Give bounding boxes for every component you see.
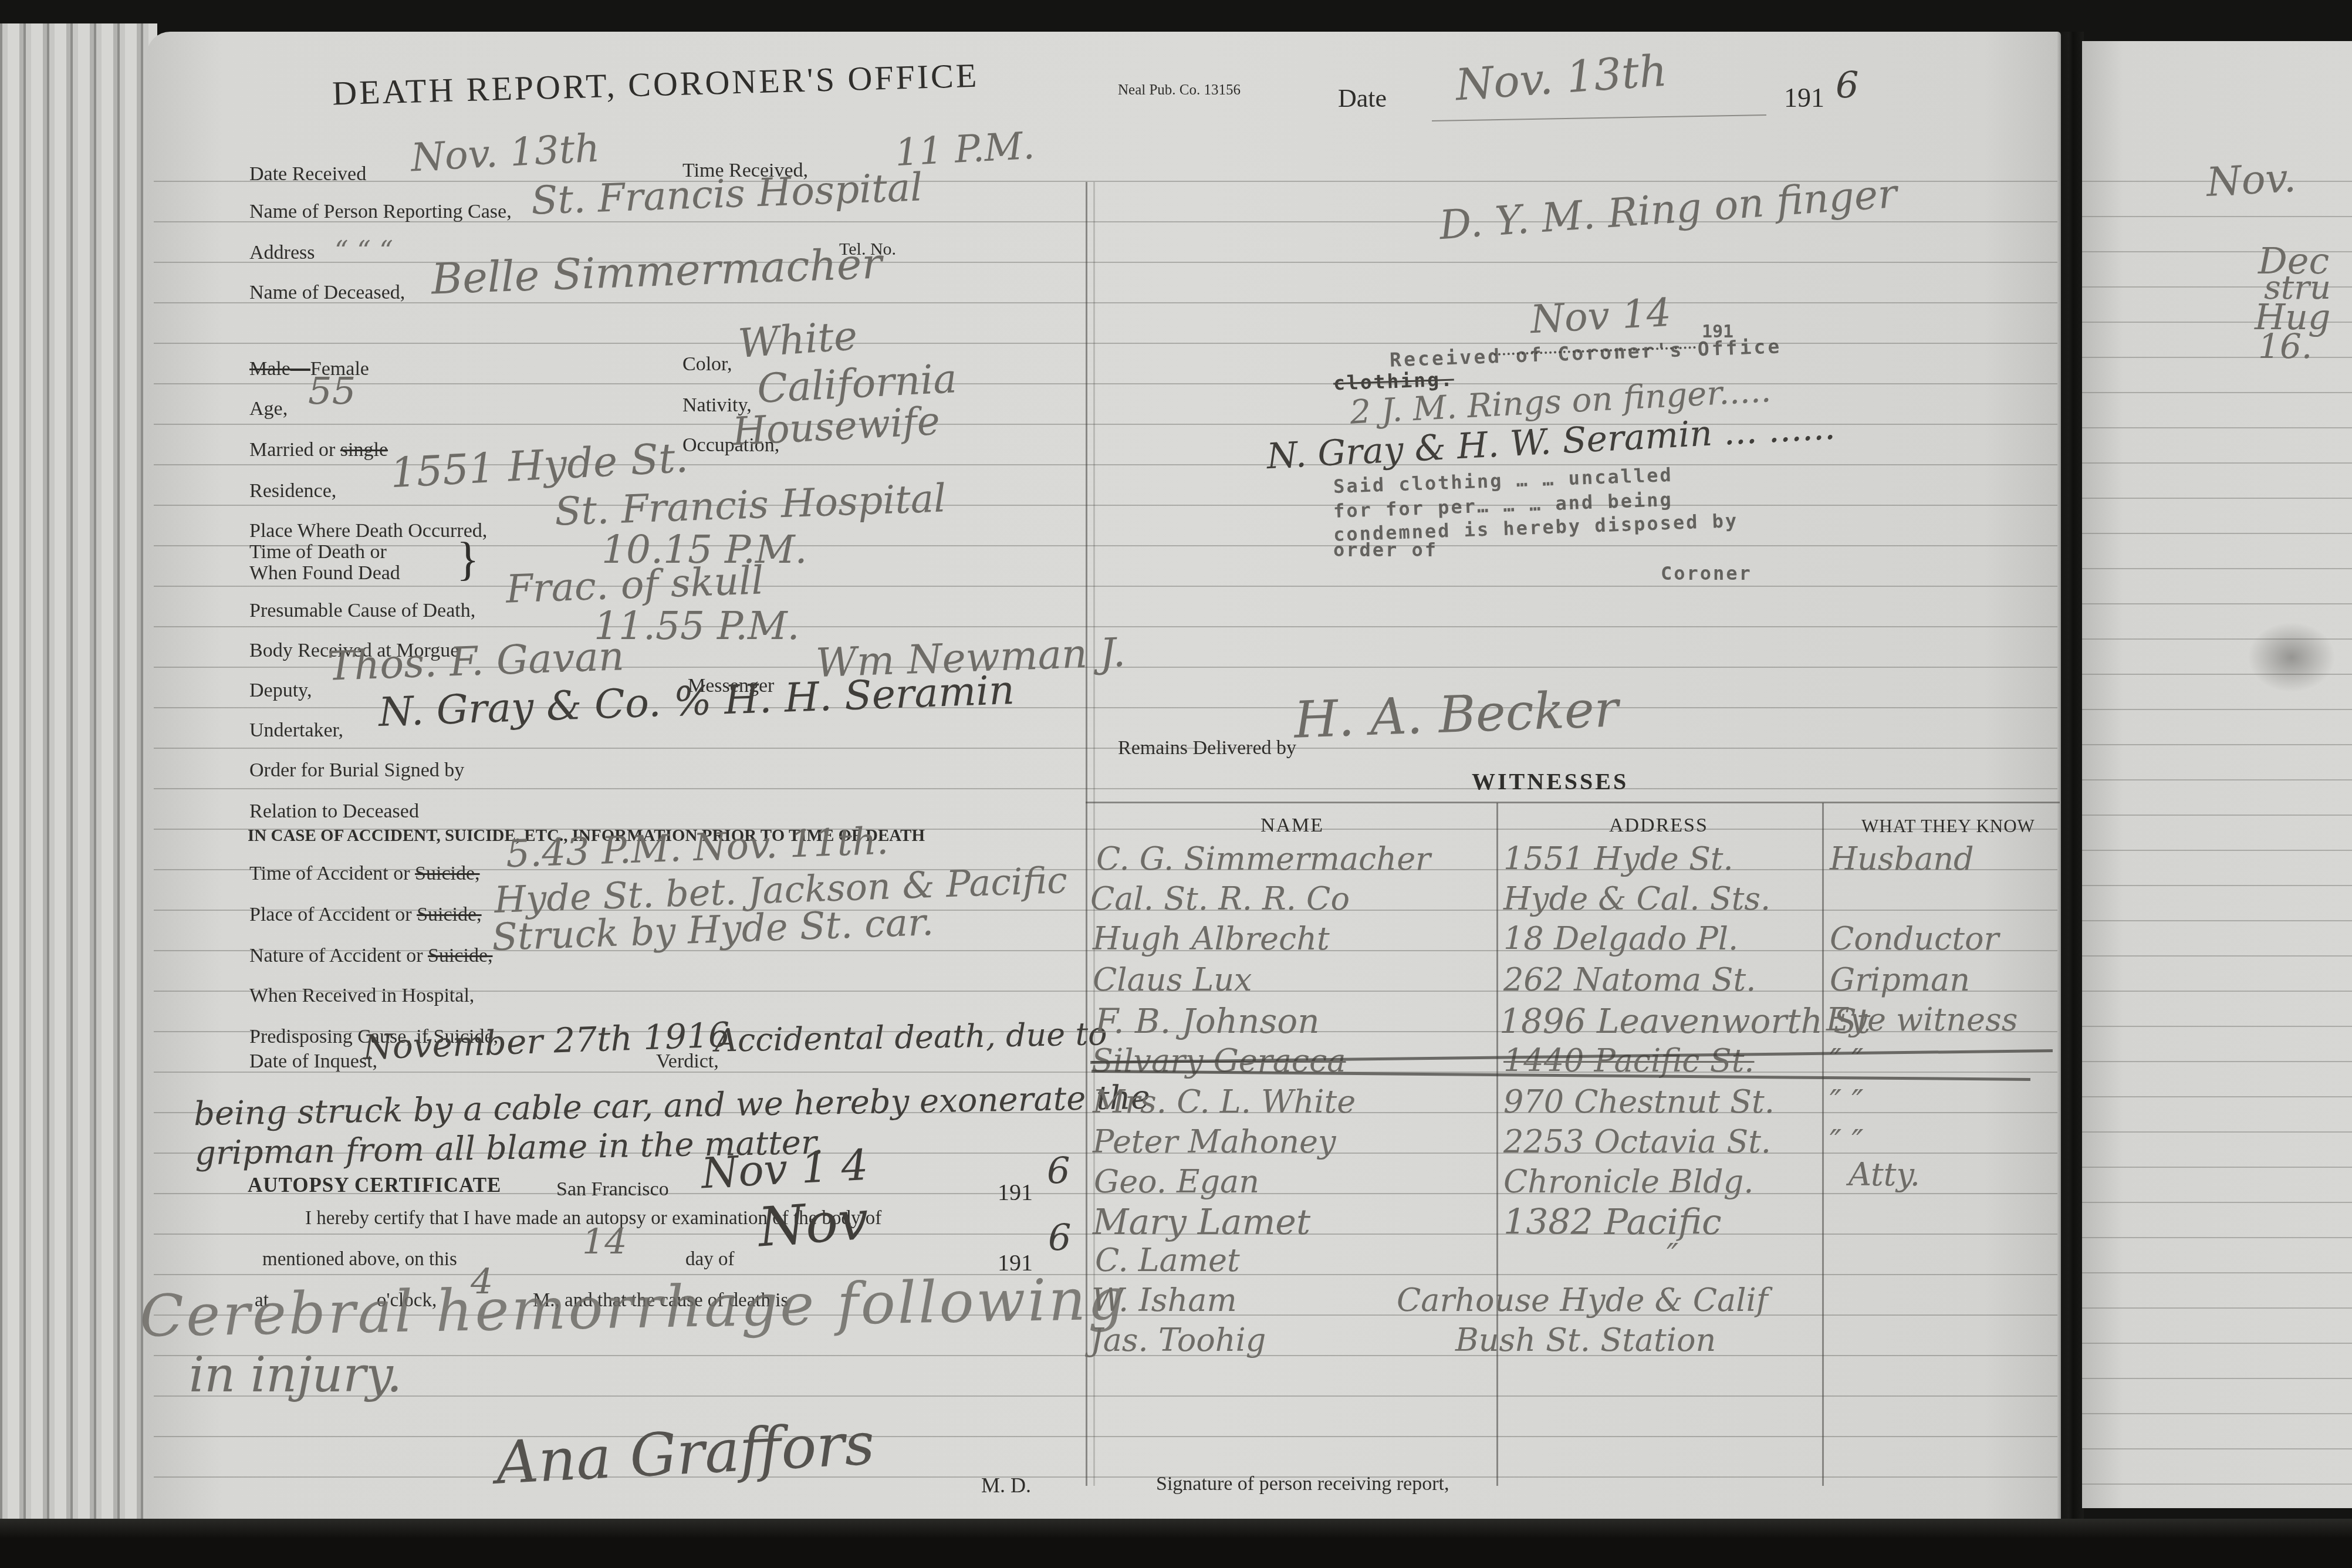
witness-col-address: ADDRESS	[1609, 815, 1708, 837]
accident-nature-label-a: Nature of Accident or	[249, 945, 423, 967]
ink-smudge	[2248, 622, 2336, 692]
witness-name: C. Lamet	[1095, 1242, 1240, 1279]
stamp-date-written: Nov 14	[1529, 290, 1672, 342]
witness-col-divider-1	[1496, 803, 1498, 1486]
witness-know: ″ ″	[1830, 1123, 1864, 1160]
witness-address: ″	[1667, 1237, 1678, 1274]
field-age-label: Age,	[249, 398, 288, 420]
remains-delivered-value: H. A. Becker	[1293, 680, 1619, 749]
witness-address: Chronicle Bldg.	[1503, 1163, 1753, 1200]
time-death-brace: }	[457, 533, 479, 586]
witness-name: Mrs. C. L. White	[1093, 1083, 1356, 1120]
photo-bottom-shadow	[0, 1519, 2352, 1568]
field-reporting-label: Name of Person Reporting Case,	[249, 201, 512, 223]
witness-name: Jas. Toohig	[1090, 1322, 1266, 1359]
accident-nature-label-b-struck: Suicide,	[428, 945, 492, 967]
header-year-written: 6	[1836, 63, 1858, 106]
autopsy-mentioned-label: mentioned above, on this	[262, 1249, 457, 1270]
next-page-fragment: 16.	[2258, 326, 2312, 366]
witness-address: Bush St. Station	[1455, 1322, 1716, 1359]
witnesses-title: WITNESSES	[1472, 768, 1628, 795]
accident-time-label-b-struck: Suicide,	[415, 863, 479, 884]
witness-know: ″ ″	[1830, 1083, 1864, 1120]
single-struck: single	[340, 439, 388, 461]
witness-address: 2253 Octavia St.	[1503, 1123, 1771, 1160]
stamp-said-line-4: order of	[1333, 539, 1438, 561]
witness-address: Carhouse Hyde & Calif	[1397, 1282, 1768, 1319]
witness-address: 1382 Pacific	[1503, 1202, 1722, 1243]
next-page-fragment: Nov.	[2205, 155, 2297, 206]
field-inquest-label: Date of Inquest,	[249, 1050, 377, 1073]
autopsy-year-printed: 191	[998, 1178, 1033, 1206]
signature-receiving-label: Signature of person receiving report,	[1156, 1473, 1449, 1495]
witness-name: Cal. St. R. R. Co	[1090, 880, 1350, 917]
field-married-label: Married or single	[249, 439, 388, 461]
autopsy-date-written: Nov 1 4	[700, 1140, 869, 1198]
accident-place-label-b-struck: Suicide,	[417, 904, 481, 925]
ledger-photo: DEATH REPORT, CORONER'S OFFICE Neal Pub.…	[0, 0, 2352, 1568]
verdict-line-1: Accidental death, due to	[715, 1015, 1108, 1059]
autopsy-day-value: 14	[582, 1222, 627, 1263]
field-accident-place-label: Place of Accident or Suicide,	[249, 904, 482, 926]
sex-male-struck: Male—	[249, 358, 310, 380]
field-address-label: Address	[249, 242, 315, 264]
witness-address: 18 Delgado Pl.	[1503, 920, 1738, 957]
autopsy-day-of-label: day of	[685, 1249, 734, 1270]
publisher-imprint: Neal Pub. Co. 13156	[1118, 82, 1241, 99]
field-cause-label: Presumable Cause of Death,	[249, 600, 475, 622]
witness-name: Peter Mahoney	[1093, 1123, 1336, 1160]
witness-name: Hugh Albrecht	[1093, 920, 1330, 957]
md-label: M. D.	[981, 1473, 1031, 1498]
field-verdict-label: Verdict,	[656, 1050, 719, 1073]
witness-know: Husband	[1830, 840, 1974, 877]
field-address-ditto: “ “ “	[334, 235, 393, 266]
accident-place-label-a: Place of Accident or	[249, 904, 412, 925]
field-deputy-label: Deputy,	[249, 680, 312, 702]
autopsy-month-value: Nov	[756, 1189, 870, 1259]
witness-col-know: WHAT THEY KNOW	[1861, 816, 2035, 837]
witness-name: F. B. Johnson	[1095, 1001, 1320, 1041]
remains-delivered-label: Remains Delivered by	[1118, 737, 1296, 759]
witness-address: 262 Natoma St.	[1503, 961, 1756, 998]
witness-address: 1896 Leavenworth St	[1499, 1001, 1870, 1041]
field-age-value: 55	[308, 370, 356, 413]
witness-col-name: NAME	[1261, 815, 1324, 837]
field-accident-time-label: Time of Accident or Suicide,	[249, 863, 480, 885]
field-time-death-label-1: Time of Death or	[249, 541, 387, 563]
header-year-printed: 191	[1784, 82, 1824, 113]
field-place-death-label: Place Where Death Occurred,	[249, 520, 487, 542]
field-burial-order-label: Order for Burial Signed by	[249, 759, 464, 782]
witness-know: Conductor	[1830, 920, 1999, 957]
witness-address: 1551 Hyde St.	[1503, 840, 1733, 877]
witness-name: W. Isham	[1091, 1282, 1237, 1319]
field-color-value: White	[736, 313, 859, 367]
book-gutter-shadow	[2057, 32, 2084, 1526]
witness-name: Mary Lamet	[1093, 1202, 1310, 1243]
header-date-label: Date	[1338, 83, 1387, 113]
witness-know: Gripman	[1830, 961, 1970, 998]
witness-name: Geo. Egan	[1094, 1163, 1259, 1200]
witness-name: Claus Lux	[1093, 961, 1252, 998]
autopsy-year-written: 6	[1047, 1149, 1070, 1192]
field-time-death-label-2: When Found Dead	[249, 562, 400, 584]
field-residence-label: Residence,	[249, 480, 336, 502]
autopsy-year2-written: 6	[1048, 1216, 1071, 1259]
witness-address: 970 Chestnut St.	[1503, 1083, 1775, 1120]
autopsy-city-label: San Francisco	[556, 1178, 669, 1201]
witness-address: Hyde & Cal. Sts.	[1503, 880, 1770, 917]
witness-know: Eye witness	[1826, 1001, 2018, 1038]
stamp-coroner-label: Coroner	[1661, 562, 1752, 584]
field-deceased-label: Name of Deceased,	[249, 282, 405, 304]
field-undertaker-label: Undertaker,	[249, 719, 343, 742]
witness-know: ″ ″	[1830, 1042, 1864, 1079]
autopsy-cause-line-2: in injury.	[189, 1347, 402, 1403]
field-date-received-label: Date Received	[249, 163, 366, 185]
autopsy-header: AUTOPSY CERTIFICATE	[248, 1174, 501, 1197]
married-or: Married or	[249, 439, 335, 461]
field-accident-nature-label: Nature of Accident or Suicide,	[249, 945, 492, 967]
book-page-stack-edge	[0, 23, 157, 1526]
field-color-label: Color,	[682, 353, 732, 376]
field-hospital-label: When Received in Hospital,	[249, 985, 474, 1007]
witness-header-rule	[1086, 802, 2060, 803]
witness-know: Atty.	[1849, 1156, 1920, 1193]
witness-col-divider-2	[1822, 803, 1824, 1486]
accident-time-label-a: Time of Accident or	[249, 863, 410, 884]
witness-name: C. G. Simmermacher	[1096, 840, 1431, 877]
field-morgue-value: 11.55 P.M.	[594, 603, 800, 648]
field-relation-label: Relation to Deceased	[249, 800, 419, 823]
